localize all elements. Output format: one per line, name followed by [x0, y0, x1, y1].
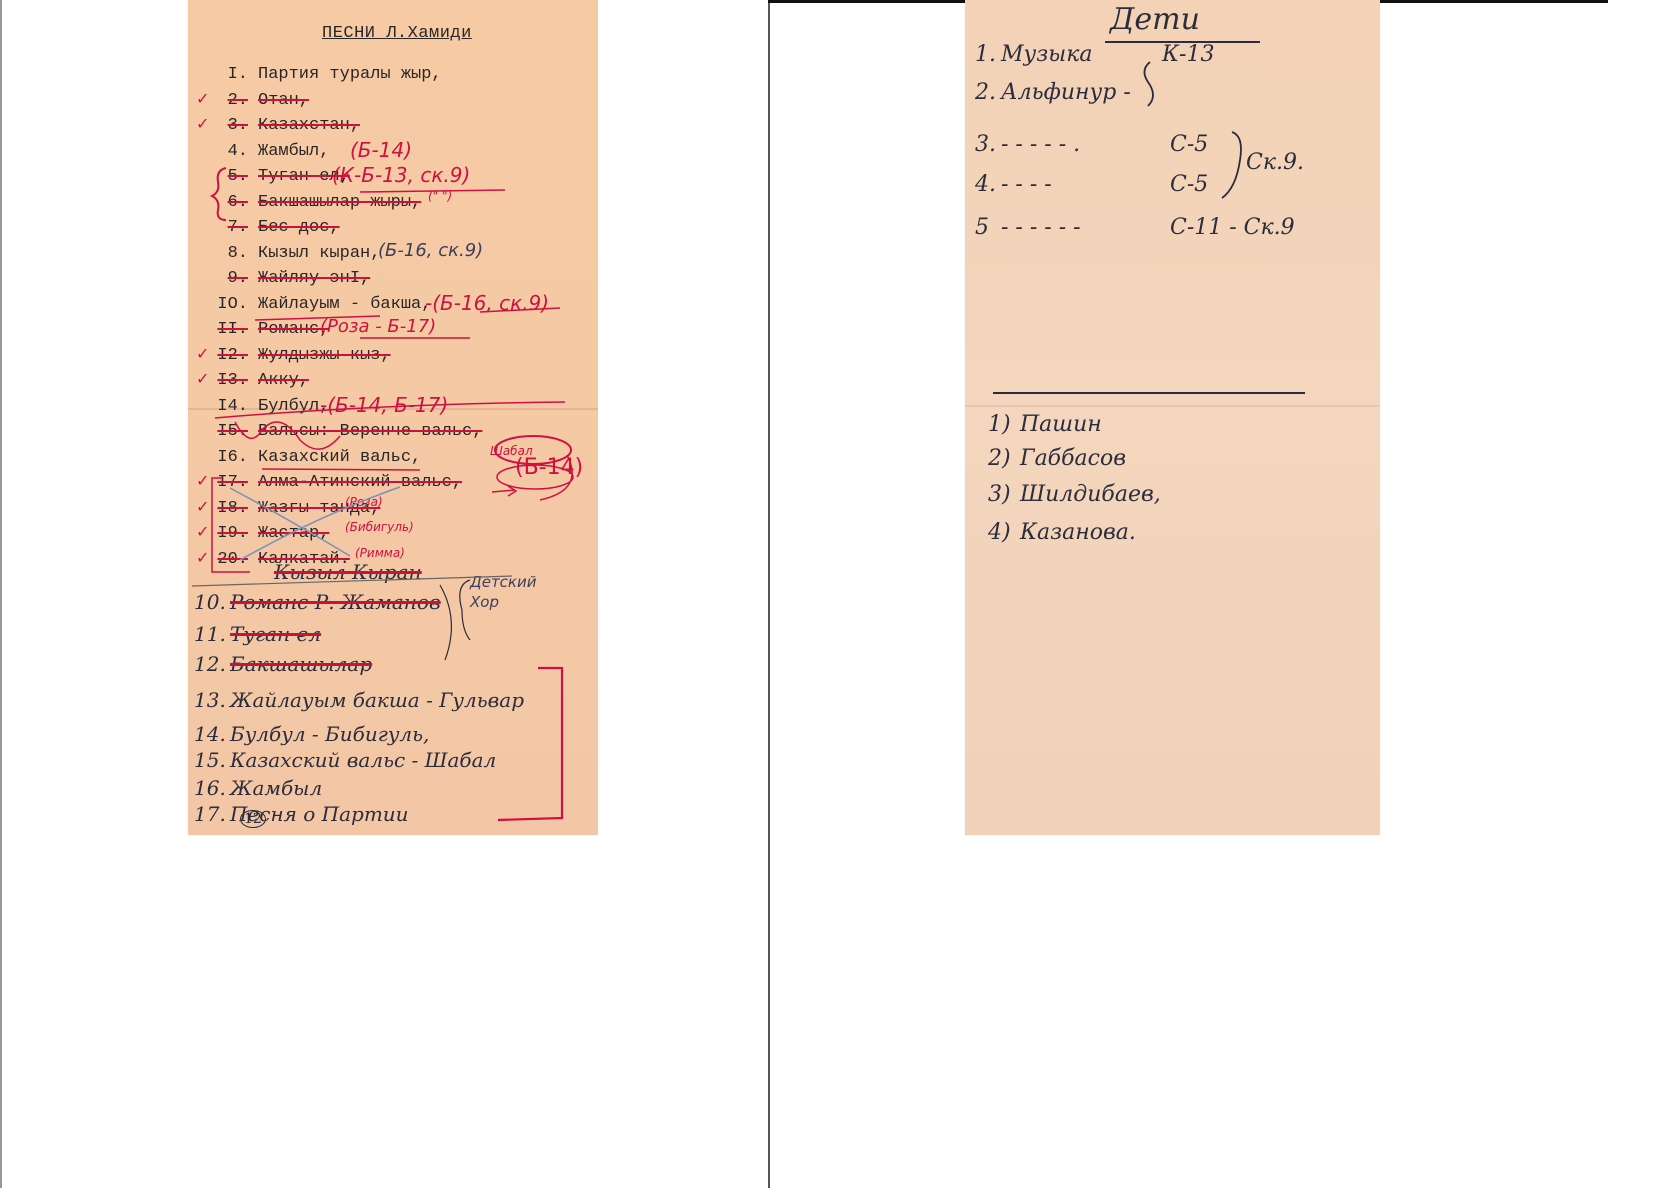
item-number: 15.: [194, 748, 230, 772]
song-title: Кызыл кыран,: [258, 244, 380, 263]
song-title: Романс,: [258, 320, 329, 339]
scan-left-edge: [0, 0, 2, 1188]
entry-text: - - - - - .: [1001, 132, 1080, 157]
handwritten-list-item: 13.Жайлауым бакша - Гульвар: [194, 688, 524, 712]
typed-list-item: 9.Жайляу энI,: [206, 269, 370, 288]
item-number: 3.: [206, 116, 248, 135]
song-title: Казахский вальс - Шабал: [230, 748, 496, 772]
check-mark-icon: ✓: [196, 471, 209, 490]
item-number: 10.: [194, 590, 230, 614]
item-number: I3.: [206, 371, 248, 390]
handwritten-list-item: 16.Жамбыл: [194, 776, 322, 800]
item-number: 6.: [206, 193, 248, 212]
typed-list-item: I.Партия туралы жыр,: [206, 65, 442, 84]
typed-list-item: 7.Бес дос,: [206, 218, 340, 237]
typed-list-item: 3.Казахстан,: [206, 116, 360, 135]
song-title: Туган ел: [230, 622, 321, 646]
song-title: Романс Р. Жаманов: [230, 590, 441, 614]
handwritten-list-item: 11.Туган ел: [194, 622, 321, 646]
margin-annotation: (Б-14): [350, 138, 412, 162]
check-mark-icon: ✓: [196, 522, 209, 541]
item-number: I9.: [206, 524, 248, 543]
entry-note: С-5: [1170, 172, 1208, 197]
typed-list-item: 5.Туган ел,: [206, 167, 350, 186]
typed-list-item: 2.Отан,: [206, 91, 309, 110]
right-entry: 3.- - - - - .: [975, 132, 1080, 157]
item-number: 8.: [206, 244, 248, 263]
song-title: Отан,: [258, 91, 309, 110]
person-name: Казанова.: [1020, 520, 1136, 545]
item-number: 11.: [194, 622, 230, 646]
song-title: Алма-Атинский вальс,: [258, 473, 462, 492]
entry-note: С-5: [1170, 132, 1208, 157]
entry-number: 4.: [975, 172, 1001, 197]
typed-list-item: I9.Жастар,: [206, 524, 329, 543]
group-note: Ск.9.: [1246, 150, 1304, 175]
entry-text: - - - -: [1001, 172, 1052, 197]
horizontal-rule: [993, 392, 1305, 394]
entry-text: - - - - - -: [1001, 215, 1081, 240]
circled-number: 12: [240, 810, 266, 828]
item-number: IO.: [206, 295, 248, 314]
typed-list-item: IO.Жайлауым - бакша,: [206, 295, 431, 314]
song-title: Казахский вальс,: [258, 448, 421, 467]
entry-number: 1.: [975, 42, 1001, 67]
song-title: Жайляу энI,: [258, 269, 370, 288]
name-entry: 2)Габбасов: [988, 446, 1126, 471]
handwritten-list-item: 17.Песня о Партии: [194, 802, 409, 826]
check-mark-icon: ✓: [196, 89, 209, 108]
handwritten-list-item: 10.Романс Р. Жаманов: [194, 590, 441, 614]
item-number: 13.: [194, 688, 230, 712]
item-number: 7.: [206, 218, 248, 237]
margin-annotation: (Римма): [355, 546, 405, 560]
check-mark-icon: ✓: [196, 114, 209, 133]
song-title: Жулдызжы кыз,: [258, 346, 391, 365]
item-number: I7.: [206, 473, 248, 492]
typed-list-item: I4.Булбул,: [206, 397, 329, 416]
name-number: 2): [988, 446, 1020, 471]
entry-number: 5: [975, 215, 1001, 240]
item-number: 9.: [206, 269, 248, 288]
right-entry: 5- - - - - -: [975, 215, 1081, 240]
name-number: 4): [988, 520, 1020, 545]
handwritten-list-item: Кызыл Кыран: [238, 560, 422, 584]
check-mark-icon: ✓: [196, 548, 209, 567]
check-mark-icon: ✓: [196, 344, 209, 363]
margin-annotation: (Б-16, ск.9): [378, 240, 483, 261]
person-name: Габбасов: [1020, 446, 1126, 471]
song-title: Бакшашылар: [230, 652, 372, 676]
song-title: Вальсы: Веренче вальс,: [258, 422, 482, 441]
entry-note: С-11 - Ск.9: [1170, 215, 1295, 240]
song-title: Жайлауым - бакша,: [258, 295, 431, 314]
typed-list-item: 8.Кызыл кыран,: [206, 244, 380, 263]
margin-annotation: (Роза - Б-17): [320, 316, 436, 337]
margin-annotation: -(Б-16, ск.9): [425, 291, 549, 315]
item-number: 5.: [206, 167, 248, 186]
song-title: Жамбыл: [230, 776, 322, 800]
scan-divider: [768, 0, 770, 1188]
typed-list-item: I7.Алма-Атинский вальс,: [206, 473, 462, 492]
check-mark-icon: ✓: [196, 369, 209, 388]
entry-number: 2.: [975, 80, 1001, 105]
handwritten-list-item: 14.Булбул - Бибигуль,: [194, 722, 429, 746]
item-number: I2.: [206, 346, 248, 365]
name-entry: 4)Казанова.: [988, 520, 1136, 545]
song-title: Кызыл Кыран: [274, 560, 422, 584]
paper-fold: [965, 405, 1380, 407]
name-entry: 1)Пашин: [988, 412, 1102, 437]
item-number: 2.: [206, 91, 248, 110]
item-number: I6.: [206, 448, 248, 467]
item-number: I8.: [206, 499, 248, 518]
margin-annotation: (К-Б-13, ск.9): [332, 163, 470, 187]
entry-text: Альфинур -: [1001, 80, 1131, 105]
item-number: 17.: [194, 802, 230, 826]
name-number: 1): [988, 412, 1020, 437]
item-number: 14.: [194, 722, 230, 746]
song-title: Жайлауым бакша - Гульвар: [230, 688, 524, 712]
entry-text: Музыка: [1001, 42, 1092, 67]
right-entry: 4.- - - -: [975, 172, 1052, 197]
typed-list-item: II.Романс,: [206, 320, 329, 339]
item-number: I4.: [206, 397, 248, 416]
song-title: Булбул - Бибигуль,: [230, 722, 429, 746]
handwritten-list-item: 12.Бакшашылар: [194, 652, 372, 676]
right-entry: 2.Альфинур -: [975, 80, 1131, 105]
document-title: ПЕСНИ Л.Хамиди: [322, 24, 472, 43]
item-number: 16.: [194, 776, 230, 800]
item-number: 12.: [194, 652, 230, 676]
item-number: II.: [206, 320, 248, 339]
right-entry: 1.Музыка: [975, 42, 1092, 67]
handwritten-list-item: 15.Казахский вальс - Шабал: [194, 748, 496, 772]
person-name: Пашин: [1020, 412, 1102, 437]
typed-list-item: I5.Вальсы: Веренче вальс,: [206, 422, 482, 441]
typed-list-item: I2.Жулдызжы кыз,: [206, 346, 391, 365]
typed-list-item: I6.Казахский вальс,: [206, 448, 421, 467]
item-number: I5.: [206, 422, 248, 441]
entry-number: 3.: [975, 132, 1001, 157]
name-number: 3): [988, 482, 1020, 507]
item-number: 4.: [206, 142, 248, 161]
song-title: Бакшашылар жыры,: [258, 193, 421, 212]
item-number: I.: [206, 65, 248, 84]
song-title: Партия туралы жыр,: [258, 65, 442, 84]
check-mark-icon: ✓: [196, 497, 209, 516]
song-title: Булбул,: [258, 397, 329, 416]
name-entry: 3)Шилдибаев,: [988, 482, 1161, 507]
margin-annotation: (Бибигуль): [345, 520, 414, 534]
right-heading: Дети: [1110, 2, 1200, 37]
margin-annotation: (Роза): [345, 495, 383, 509]
song-title: Казахстан,: [258, 116, 360, 135]
entry-note: К-13: [1162, 42, 1214, 67]
song-title: Акку,: [258, 371, 309, 390]
typed-list-item: 4.Жамбыл,: [206, 142, 329, 161]
song-title: Жамбыл,: [258, 142, 329, 161]
song-title: Жастар,: [258, 524, 329, 543]
typed-list-item: 6.Бакшашылар жыры,: [206, 193, 421, 212]
margin-annotation: (" "): [428, 189, 452, 203]
bracket-note: Детский Хор: [470, 572, 540, 612]
song-title: Бес дос,: [258, 218, 340, 237]
side-note: (Б-14): [515, 455, 583, 480]
margin-annotation: -(Б-14, Б-17): [320, 393, 448, 417]
person-name: Шилдибаев,: [1020, 482, 1161, 507]
typed-list-item: I3.Акку,: [206, 371, 309, 390]
